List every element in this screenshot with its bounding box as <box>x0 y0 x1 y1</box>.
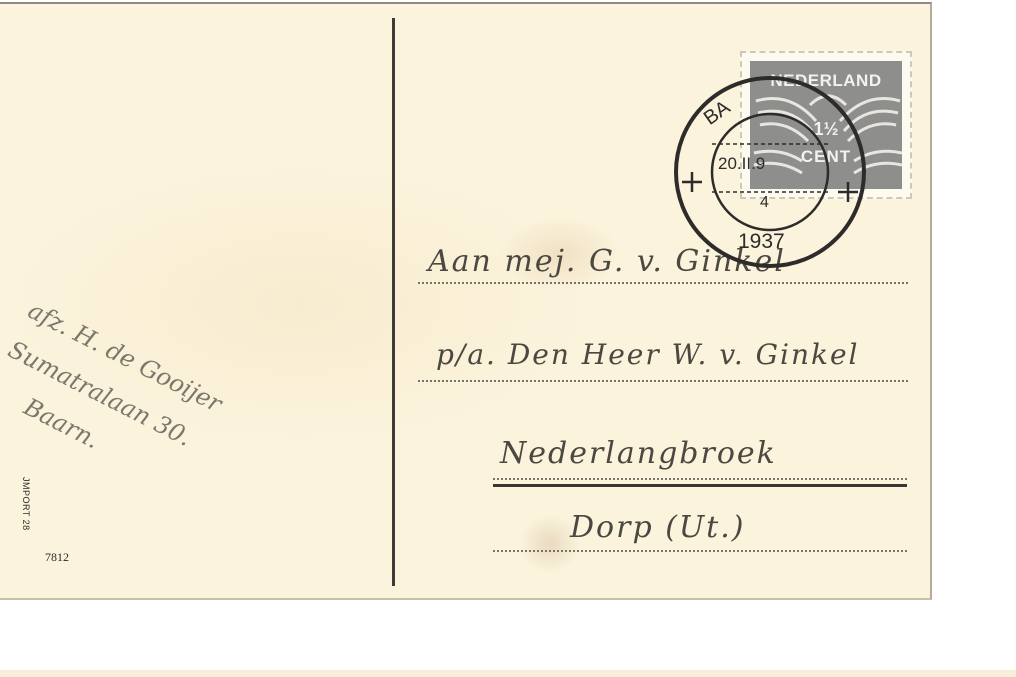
bottom-strip <box>0 670 1016 677</box>
center-divider-line <box>392 18 395 586</box>
printer-mark: JMPORT 28 <box>21 477 31 531</box>
stamp-unit: CENT <box>750 147 902 167</box>
postmark-town: BA <box>700 96 735 130</box>
stamp-country: NEDERLAND <box>750 71 902 91</box>
address-dotted-line <box>418 380 908 382</box>
address-line-recipient: Aan mej. G. v. Ginkel <box>428 244 786 279</box>
address-line-care-of: p/a. Den Heer W. v. Ginkel <box>436 338 859 371</box>
address-line-town: Nederlangbroek <box>500 436 777 471</box>
postage-stamp: NEDERLAND 1½ CENT <box>740 51 912 199</box>
address-line-locality: Dorp (Ut.) <box>570 510 745 545</box>
address-dotted-line <box>493 550 907 552</box>
serial-number: 7812 <box>45 550 69 565</box>
sender-address: afz. H. de Gooijer Sumatralaan 30. Baarn… <box>0 289 230 503</box>
stamp-value: 1½ <box>750 119 902 140</box>
address-dotted-line <box>418 282 908 284</box>
address-dotted-line <box>493 478 907 480</box>
stamp-image: NEDERLAND 1½ CENT <box>750 61 902 189</box>
address-underline-heavy <box>493 484 907 487</box>
postcard: JMPORT 28 7812 afz. H. de Gooijer Sumatr… <box>0 2 932 600</box>
